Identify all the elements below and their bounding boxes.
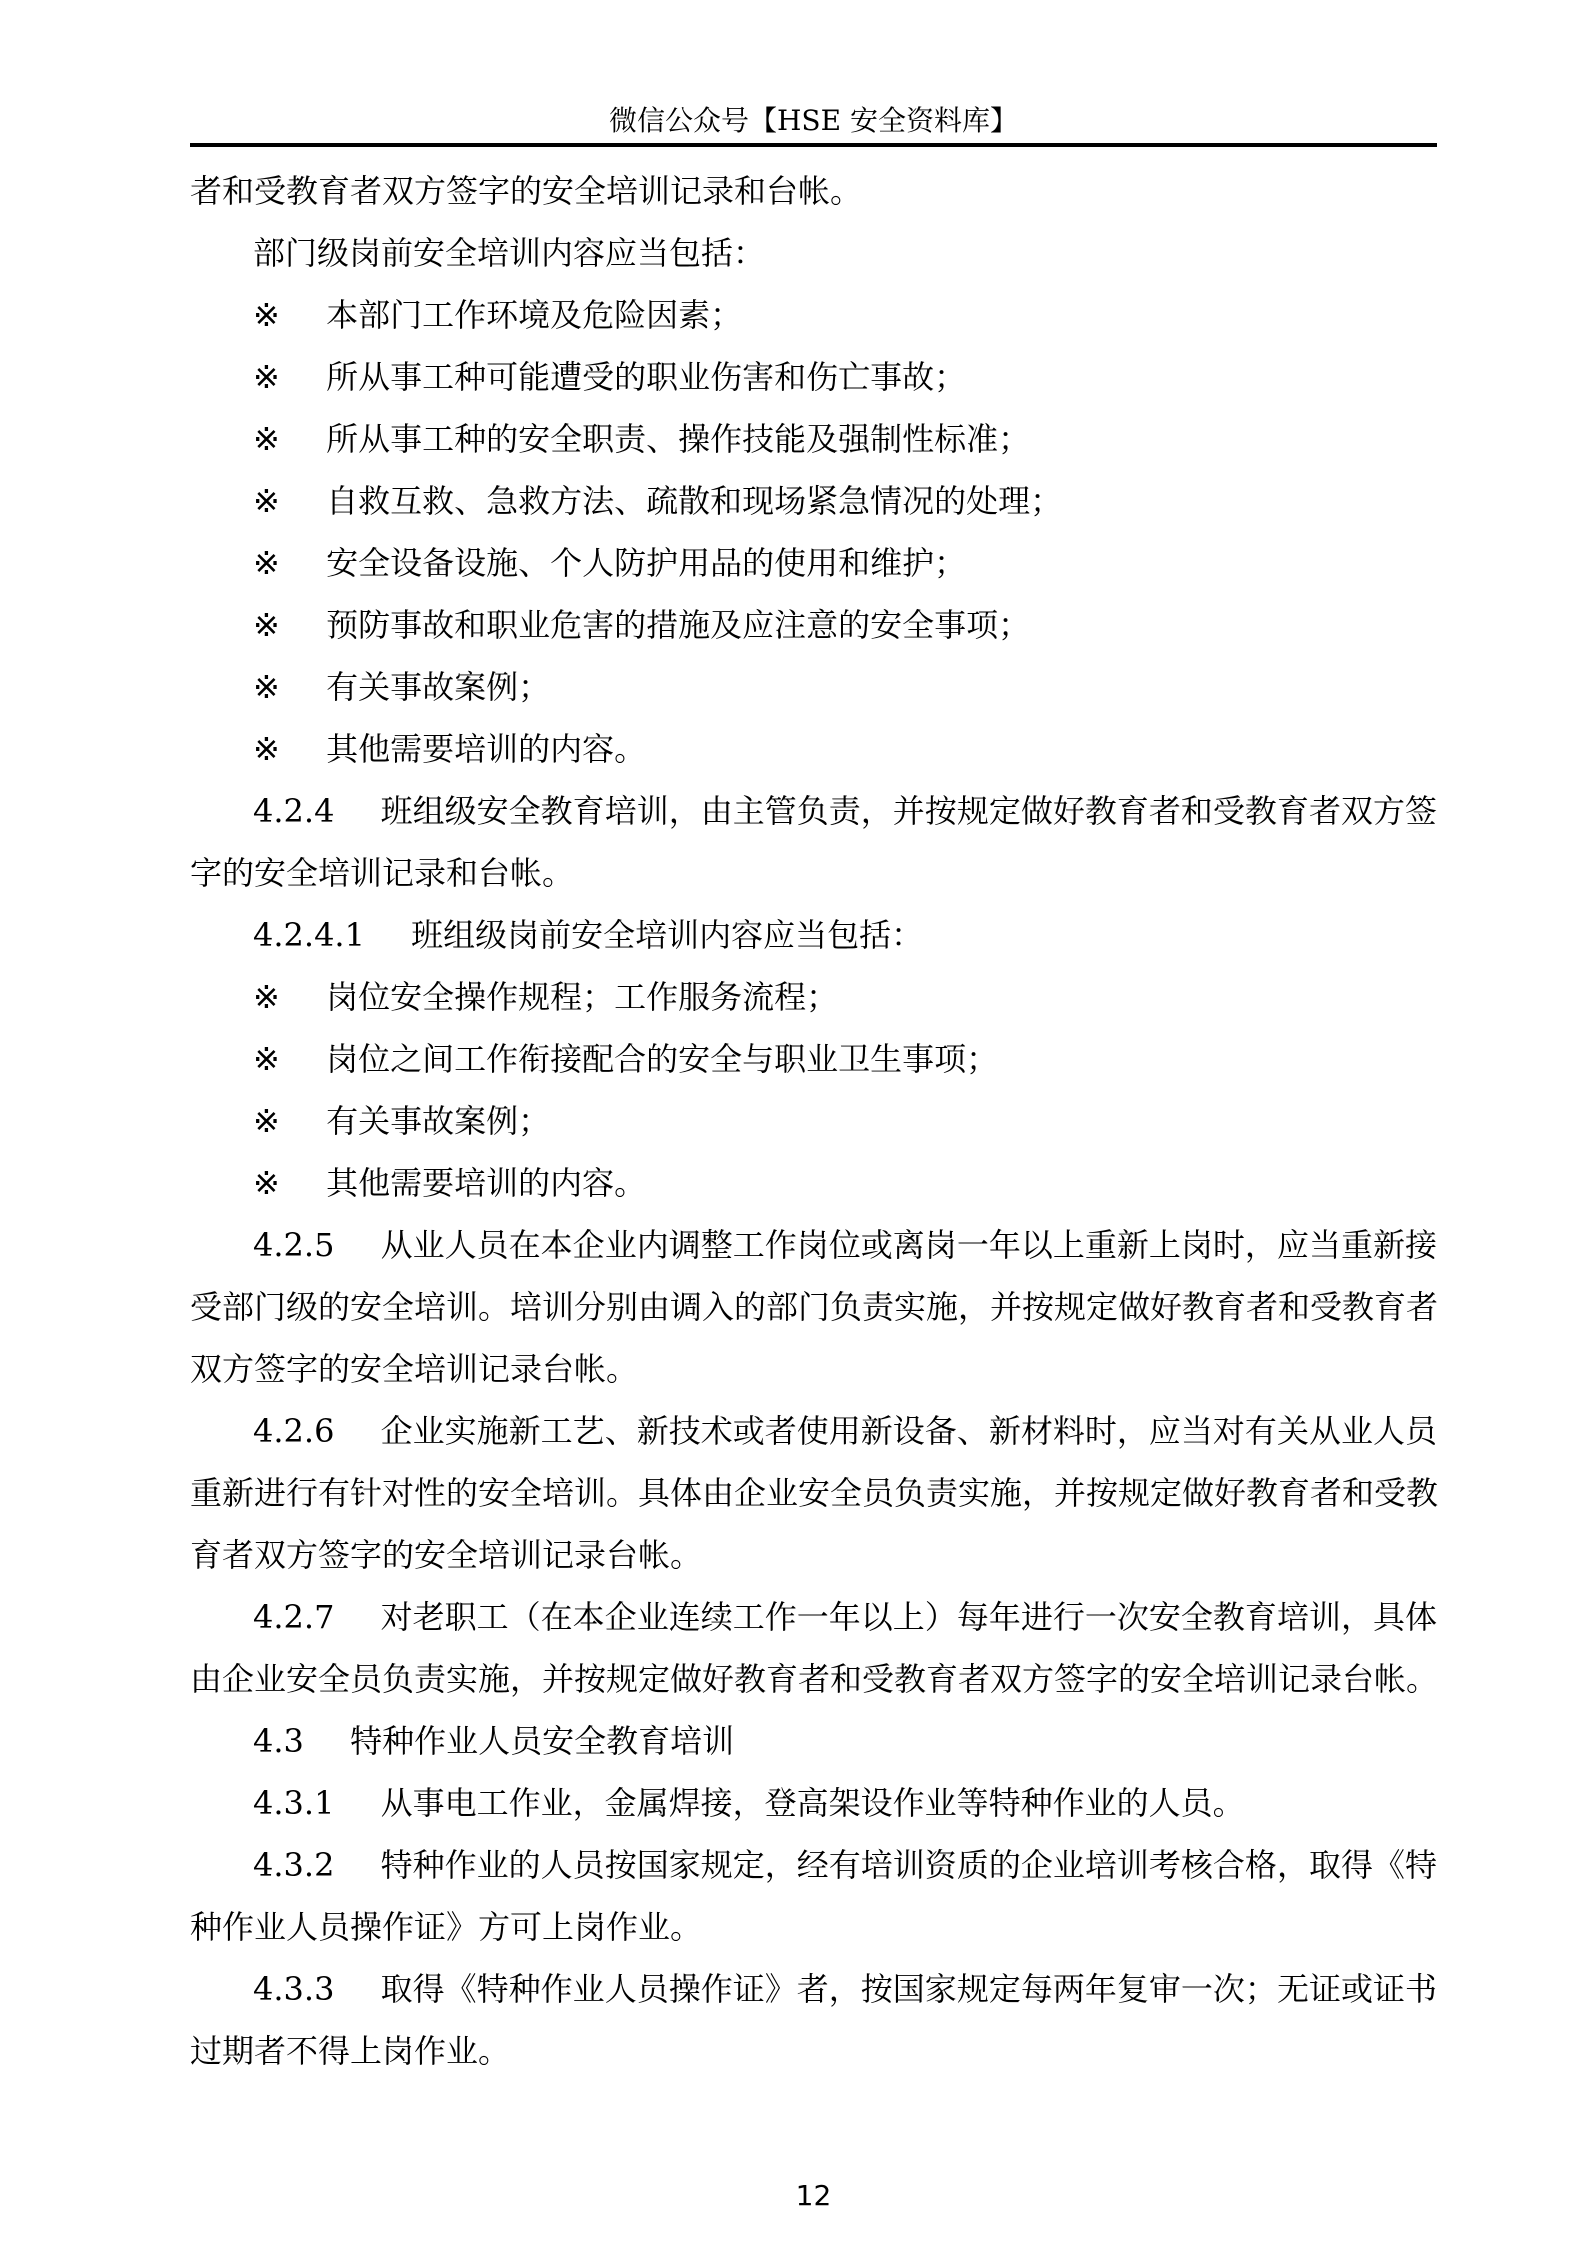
header-title: 微信公众号【HSE 安全资料库】 — [609, 104, 1018, 137]
text-line: ※ 预防事故和职业危害的措施及应注意的安全事项； — [190, 594, 1437, 656]
line-text: 特种作业人员安全教育培训 — [350, 1722, 734, 1760]
line-text: 取得《特种作业人员操作证》者，按国家规定每两年复审一次；无证或证书 — [381, 1970, 1437, 2008]
line-text: 岗位安全操作规程；工作服务流程； — [326, 978, 838, 1016]
text-line: 过期者不得上岗作业。 — [190, 2020, 1437, 2082]
text-line: ※ 所从事工种可能遭受的职业伤害和伤亡事故； — [190, 346, 1437, 408]
line-text: 其他需要培训的内容。 — [326, 730, 646, 768]
line-text: 预防事故和职业危害的措施及应注意的安全事项； — [326, 606, 1030, 644]
bullet-marker: ※ — [253, 718, 316, 780]
text-line: ※ 本部门工作环境及危险因素； — [190, 284, 1437, 346]
line-text: 育者双方签字的安全培训记录台帐。 — [190, 1536, 702, 1574]
bullet-marker: ※ — [253, 966, 316, 1028]
line-text: 从事电工作业，金属焊接，登高架设作业等特种作业的人员。 — [381, 1784, 1245, 1822]
line-text: 所从事工种可能遭受的职业伤害和伤亡事故； — [326, 358, 966, 396]
page-number: 12 — [796, 2179, 832, 2212]
text-line: ※ 自救互救、急救方法、疏散和现场紧急情况的处理； — [190, 470, 1437, 532]
line-text: 其他需要培训的内容。 — [326, 1164, 646, 1202]
section-number: 4.2.4.1 — [253, 916, 365, 954]
line-text: 特种作业的人员按国家规定，经有培训资质的企业培训考核合格，取得《特 — [381, 1846, 1437, 1884]
text-line: 4.2.4.1 班组级岗前安全培训内容应当包括： — [190, 904, 1437, 966]
text-line: ※ 所从事工种的安全职责、操作技能及强制性标准； — [190, 408, 1437, 470]
text-line: 受部门级的安全培训。培训分别由调入的部门负责实施，并按规定做好教育者和受教育者 — [190, 1276, 1437, 1338]
text-line: 种作业人员操作证》方可上岗作业。 — [190, 1896, 1437, 1958]
line-text: 由企业安全员负责实施，并按规定做好教育者和受教育者双方签字的安全培训记录台帐。 — [190, 1660, 1438, 1698]
text-line: ※ 岗位安全操作规程；工作服务流程； — [190, 966, 1437, 1028]
text-line: ※ 其他需要培训的内容。 — [190, 1152, 1437, 1214]
bullet-marker: ※ — [253, 1028, 316, 1090]
text-line: ※ 有关事故案例； — [190, 1090, 1437, 1152]
bullet-marker: ※ — [253, 346, 316, 408]
text-line: ※ 有关事故案例； — [190, 656, 1437, 718]
line-text: 本部门工作环境及危险因素； — [326, 296, 742, 334]
section-number: 4.2.6 — [253, 1412, 334, 1450]
section-number: 4.2.7 — [253, 1598, 334, 1636]
document-body: 者和受教育者双方签字的安全培训记录和台帐。 部门级岗前安全培训内容应当包括： ※… — [190, 160, 1437, 2082]
document-page: 微信公众号【HSE 安全资料库】 者和受教育者双方签字的安全培训记录和台帐。 部… — [0, 0, 1587, 2245]
bullet-marker: ※ — [253, 284, 316, 346]
line-text: 企业实施新工艺、新技术或者使用新设备、新材料时，应当对有关从业人员 — [381, 1412, 1437, 1450]
line-text: 岗位之间工作衔接配合的安全与职业卫生事项； — [326, 1040, 998, 1078]
line-text: 者和受教育者双方签字的安全培训记录和台帐。 — [190, 172, 862, 210]
text-line: 4.2.6 企业实施新工艺、新技术或者使用新设备、新材料时，应当对有关从业人员 — [190, 1400, 1437, 1462]
line-text: 班组级安全教育培训，由主管负责，并按规定做好教育者和受教育者双方签 — [381, 792, 1437, 830]
text-line: 4.3.3 取得《特种作业人员操作证》者，按国家规定每两年复审一次；无证或证书 — [190, 1958, 1437, 2020]
section-number: 4.3.2 — [253, 1846, 334, 1884]
line-text: 从业人员在本企业内调整工作岗位或离岗一年以上重新上岗时，应当重新接 — [381, 1226, 1437, 1264]
section-number: 4.3 — [253, 1722, 304, 1760]
line-text: 有关事故案例； — [326, 1102, 550, 1140]
line-text: 部门级岗前安全培训内容应当包括： — [253, 234, 765, 272]
bullet-marker: ※ — [253, 594, 316, 656]
line-text: 过期者不得上岗作业。 — [190, 2032, 510, 2070]
section-number: 4.2.4 — [253, 792, 334, 830]
bullet-marker: ※ — [253, 656, 316, 718]
line-text: 对老职工（在本企业连续工作一年以上）每年进行一次安全教育培训，具体 — [381, 1598, 1437, 1636]
page-header: 微信公众号【HSE 安全资料库】 — [190, 102, 1437, 147]
text-line: 4.3.2 特种作业的人员按国家规定，经有培训资质的企业培训考核合格，取得《特 — [190, 1834, 1437, 1896]
text-line: 部门级岗前安全培训内容应当包括： — [190, 222, 1437, 284]
line-text: 受部门级的安全培训。培训分别由调入的部门负责实施，并按规定做好教育者和受教育者 — [190, 1288, 1438, 1326]
text-line: 双方签字的安全培训记录台帐。 — [190, 1338, 1437, 1400]
line-text: 安全设备设施、个人防护用品的使用和维护； — [326, 544, 966, 582]
text-line: 4.3 特种作业人员安全教育培训 — [190, 1710, 1437, 1772]
section-number: 4.2.5 — [253, 1226, 334, 1264]
text-line: 4.3.1 从事电工作业，金属焊接，登高架设作业等特种作业的人员。 — [190, 1772, 1437, 1834]
line-text: 自救互救、急救方法、疏散和现场紧急情况的处理； — [326, 482, 1062, 520]
text-line: 4.2.5 从业人员在本企业内调整工作岗位或离岗一年以上重新上岗时，应当重新接 — [190, 1214, 1437, 1276]
text-line: 4.2.4 班组级安全教育培训，由主管负责，并按规定做好教育者和受教育者双方签 — [190, 780, 1437, 842]
text-line: ※ 岗位之间工作衔接配合的安全与职业卫生事项； — [190, 1028, 1437, 1090]
text-line: 由企业安全员负责实施，并按规定做好教育者和受教育者双方签字的安全培训记录台帐。 — [190, 1648, 1437, 1710]
bullet-marker: ※ — [253, 1152, 316, 1214]
line-text: 双方签字的安全培训记录台帐。 — [190, 1350, 638, 1388]
text-line: 字的安全培训记录和台帐。 — [190, 842, 1437, 904]
bullet-marker: ※ — [253, 408, 316, 470]
text-line: 育者双方签字的安全培训记录台帐。 — [190, 1524, 1437, 1586]
line-text: 班组级岗前安全培训内容应当包括： — [411, 916, 923, 954]
line-text: 种作业人员操作证》方可上岗作业。 — [190, 1908, 702, 1946]
text-line: ※ 其他需要培训的内容。 — [190, 718, 1437, 780]
section-number: 4.3.3 — [253, 1970, 334, 2008]
page-footer: 12 — [190, 2176, 1437, 2216]
bullet-marker: ※ — [253, 470, 316, 532]
text-line: 重新进行有针对性的安全培训。具体由企业安全员负责实施，并按规定做好教育者和受教 — [190, 1462, 1437, 1524]
bullet-marker: ※ — [253, 532, 316, 594]
line-text: 所从事工种的安全职责、操作技能及强制性标准； — [326, 420, 1030, 458]
text-line: 者和受教育者双方签字的安全培训记录和台帐。 — [190, 160, 1437, 222]
line-text: 重新进行有针对性的安全培训。具体由企业安全员负责实施，并按规定做好教育者和受教 — [190, 1474, 1438, 1512]
section-number: 4.3.1 — [253, 1784, 334, 1822]
line-text: 有关事故案例； — [326, 668, 550, 706]
line-text: 字的安全培训记录和台帐。 — [190, 854, 574, 892]
text-line: 4.2.7 对老职工（在本企业连续工作一年以上）每年进行一次安全教育培训，具体 — [190, 1586, 1437, 1648]
text-line: ※ 安全设备设施、个人防护用品的使用和维护； — [190, 532, 1437, 594]
bullet-marker: ※ — [253, 1090, 316, 1152]
